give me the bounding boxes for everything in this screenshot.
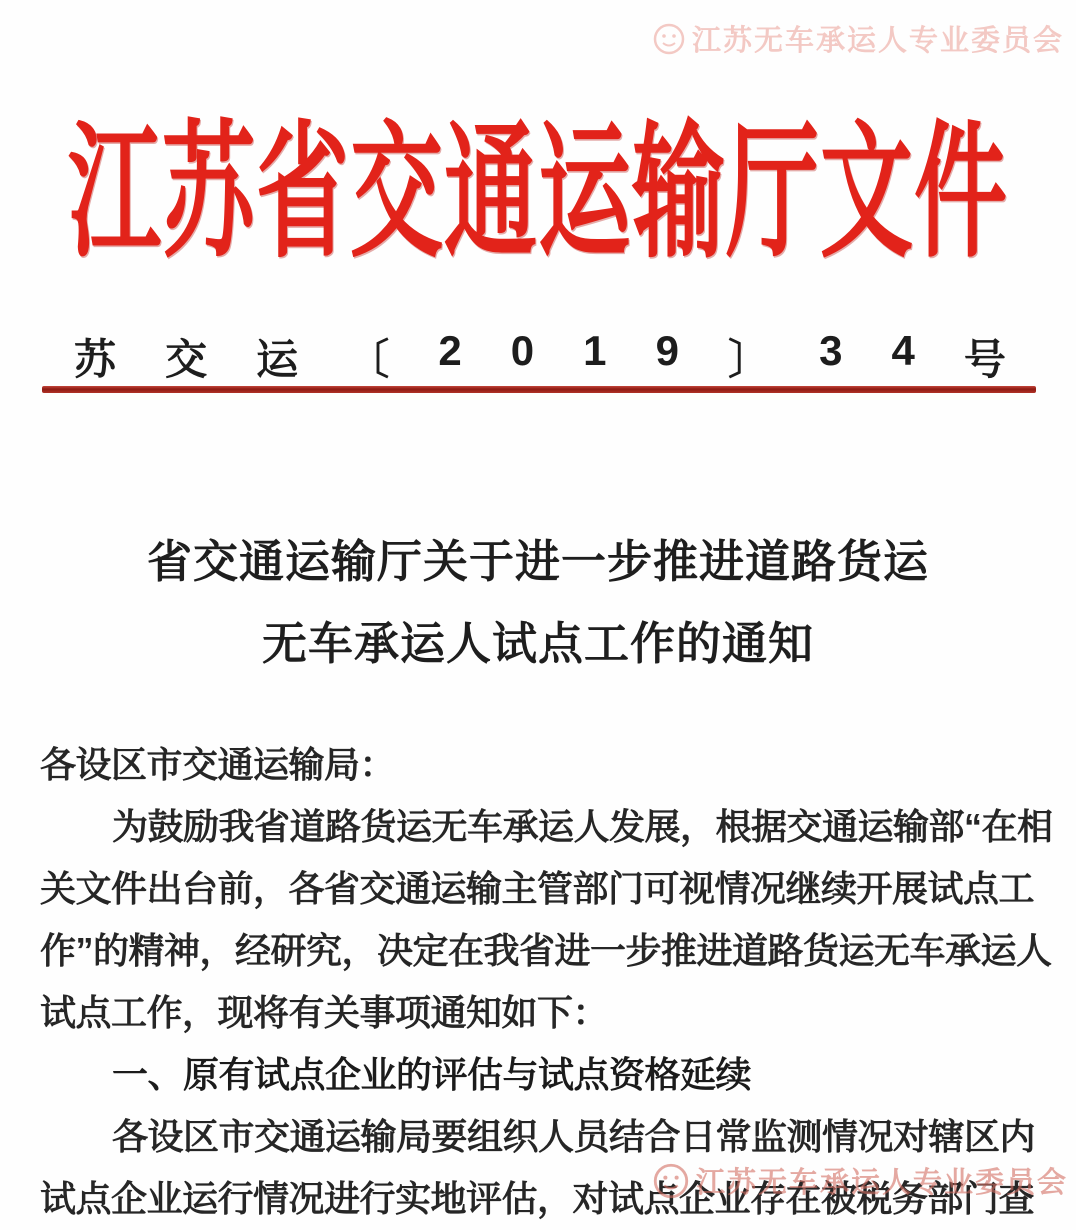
doc-number-char: 交 <box>165 327 207 387</box>
doc-number-char: 〔 <box>347 327 389 387</box>
doc-number-char: 运 <box>256 327 298 387</box>
doc-number-char: 4 <box>892 327 915 387</box>
document-title: 省交通运输厅关于进一步推进道路货运 无车承运人试点工作的通知 <box>0 521 1076 685</box>
doc-number-char: 苏 <box>74 327 116 387</box>
watermark-text: 江苏无车承运人专业委员会 <box>692 18 1064 59</box>
body-line: 各设区市交通运输局要组织人员结合日常监测情况对辖区内 <box>40 1106 1048 1168</box>
recipient-line: 各设区市交通运输局： <box>40 734 1048 796</box>
committee-logo-icon <box>653 23 685 55</box>
doc-number-char: 1 <box>583 327 606 387</box>
body-line: 试点企业运行情况进行实地评估，对试点企业存在被税务部门查 <box>40 1168 1048 1230</box>
agency-header-title: 江苏省交通运输厅文件 <box>0 74 1076 286</box>
doc-number-char: 3 <box>819 327 842 387</box>
document-number: 苏交运〔2019〕34号 <box>74 327 1006 387</box>
body-line: 试点工作，现将有关事项通知如下： <box>40 982 1048 1044</box>
body-line: 为鼓励我省道路货运无车承运人发展，根据交通运输部“在相 <box>40 796 1048 858</box>
document-title-line2: 无车承运人试点工作的通知 <box>0 603 1076 685</box>
document-body: 各设区市交通运输局： 为鼓励我省道路货运无车承运人发展，根据交通运输部“在相 关… <box>40 734 1048 1230</box>
doc-number-char: 〕 <box>728 327 770 387</box>
doc-number-char: 9 <box>656 327 679 387</box>
doc-number-char: 0 <box>511 327 534 387</box>
document-title-line1: 省交通运输厅关于进一步推进道路货运 <box>0 521 1076 603</box>
watermark-top: 江苏无车承运人专业委员会 <box>653 18 1064 59</box>
section-heading: 一、原有试点企业的评估与试点资格延续 <box>40 1044 1048 1106</box>
official-document-page: 江苏无车承运人专业委员会 江苏省交通运输厅文件 苏交运〔2019〕34号 省交通… <box>0 0 1076 1230</box>
body-line: 关文件出台前，各省交通运输主管部门可视情况继续开展试点工 <box>40 858 1048 920</box>
body-line: 作”的精神，经研究，决定在我省进一步推进道路货运无车承运人 <box>40 920 1048 982</box>
red-divider-line <box>42 386 1036 393</box>
doc-number-char: 号 <box>964 327 1006 387</box>
doc-number-char: 2 <box>438 327 461 387</box>
